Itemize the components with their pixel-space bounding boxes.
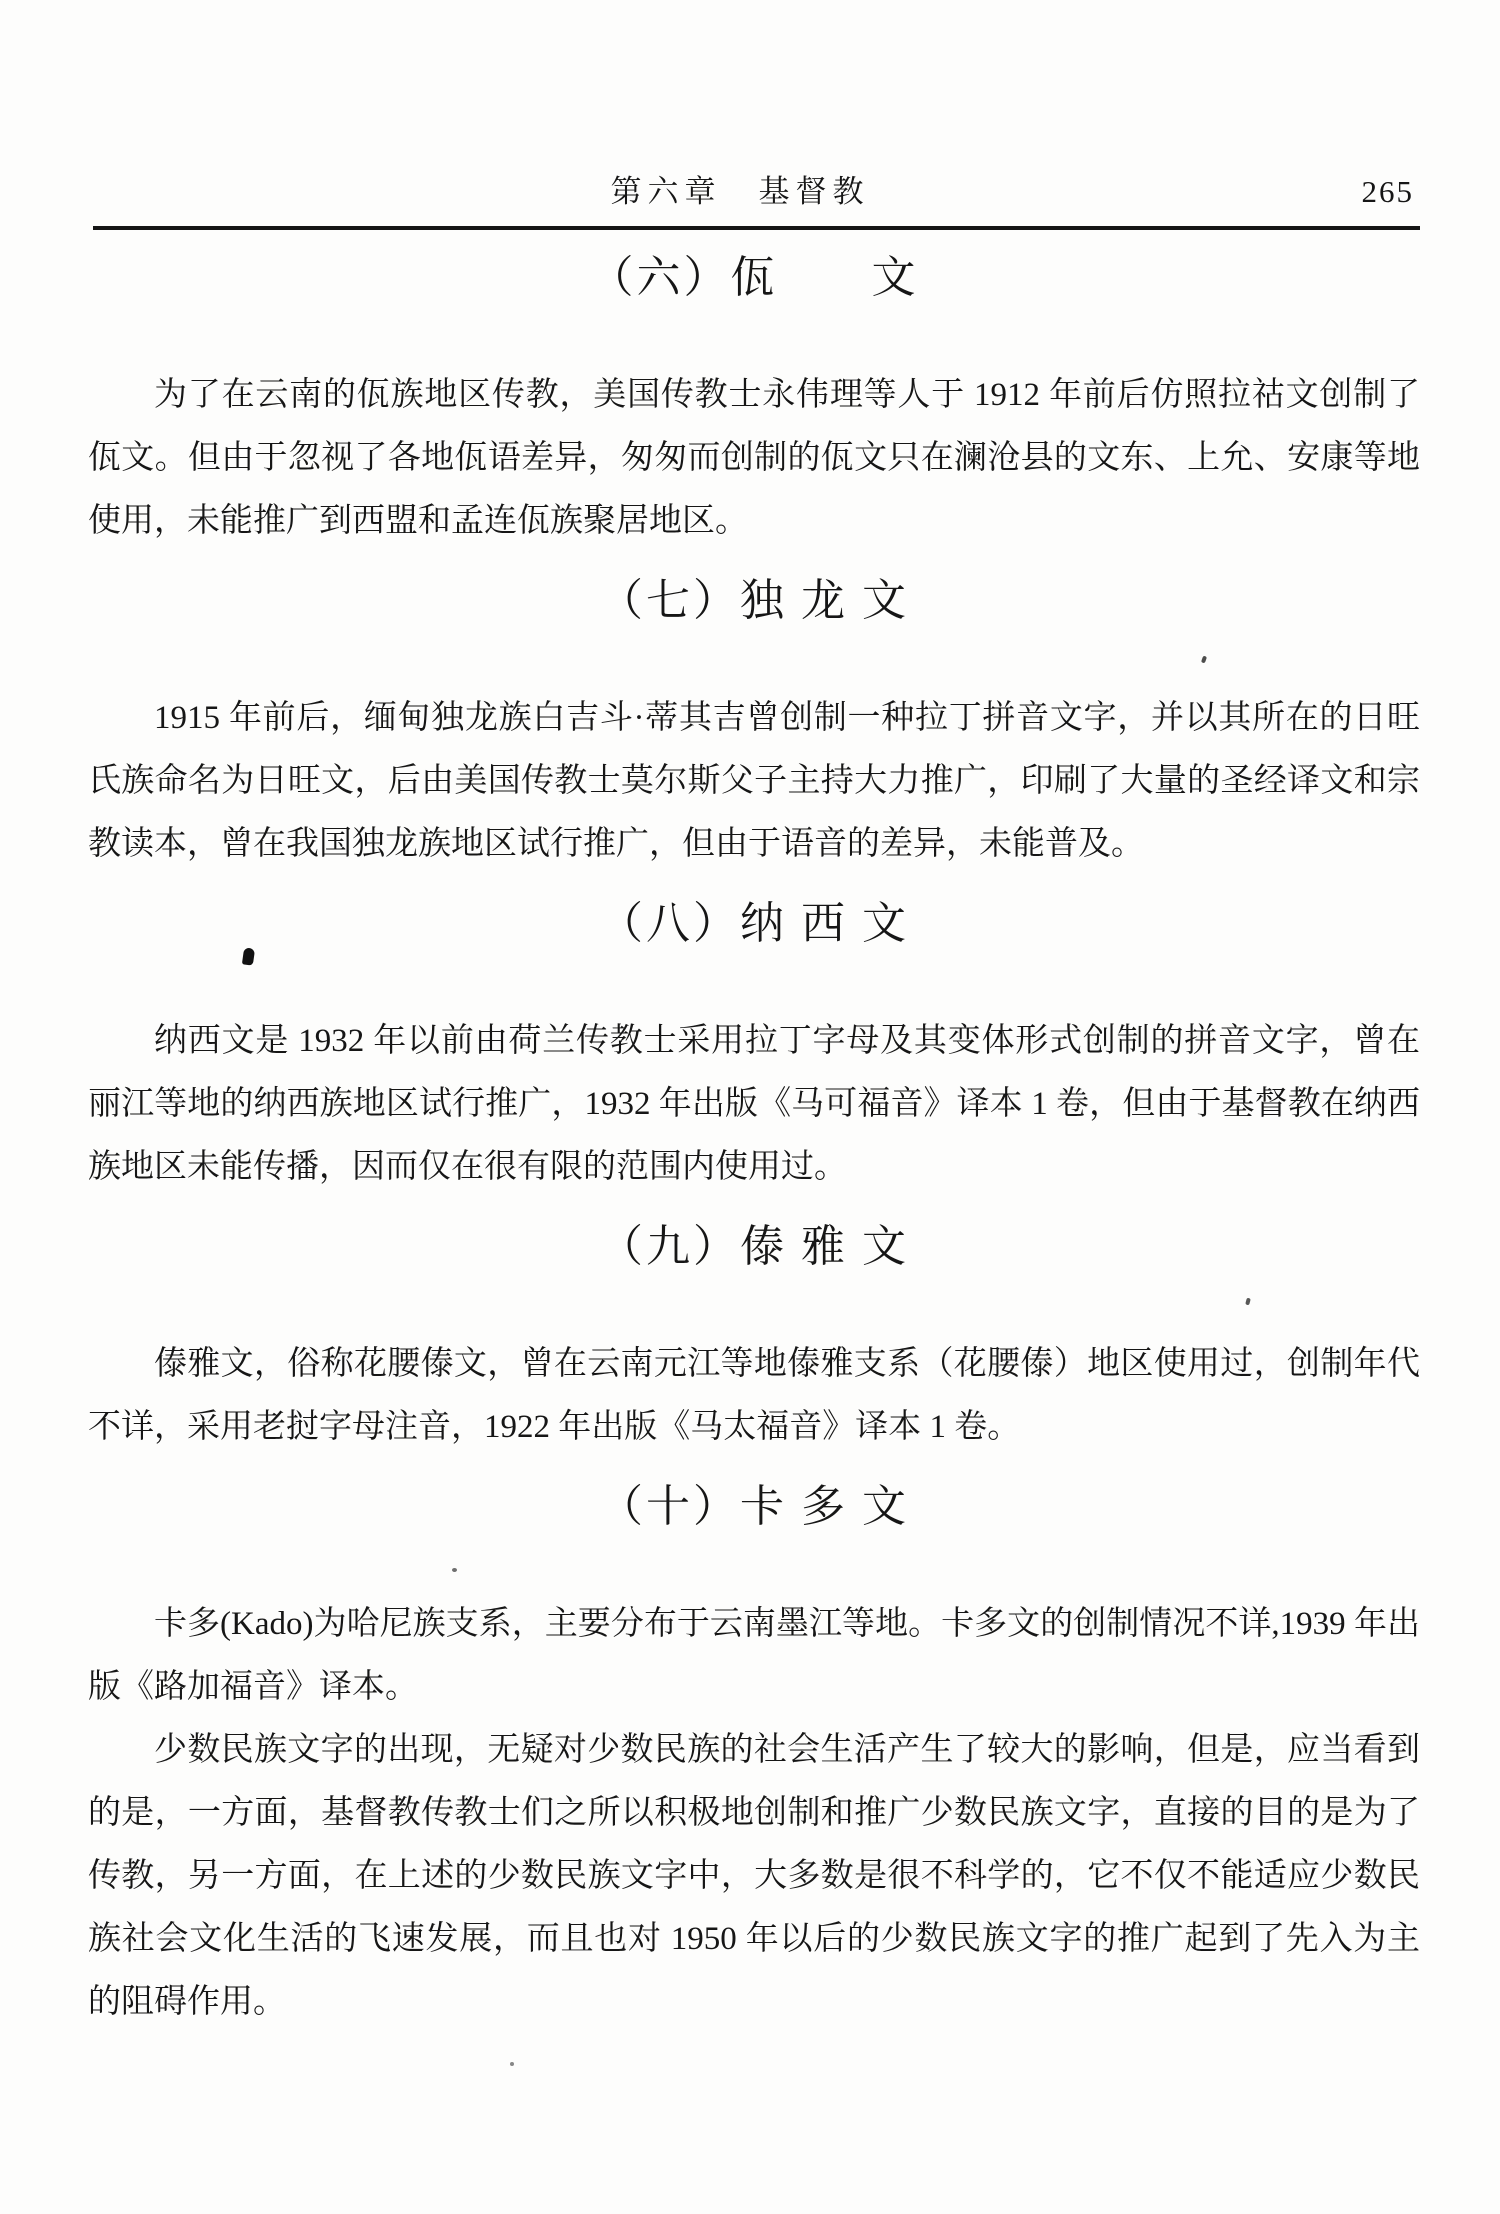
scan-speck-artifact: [452, 1568, 457, 1572]
section-heading-naxi: （八）纳 西 文: [88, 896, 1420, 952]
header-rule: [93, 226, 1420, 230]
paragraph-kado: 卡多(Kado)为哈尼族支系，主要分布于云南墨江等地。卡多文的创制情况不详,19…: [88, 1593, 1420, 1719]
section-heading-wa: （六）佤 文: [88, 250, 1420, 306]
paragraph-conclusion: 少数民族文字的出现，无疑对少数民族的社会生活产生了较大的影响，但是，应当看到的是…: [88, 1719, 1420, 2034]
paragraph-drung: 1915 年前后，缅甸独龙族白吉斗·蒂其吉曾创制一种拉丁拼音文字，并以其所在的日…: [88, 687, 1420, 876]
scan-speck-artifact: [510, 2062, 514, 2066]
book-page: 第六章 基督教 265 （六）佤 文 为了在云南的佤族地区传教，美国传教士永伟理…: [0, 0, 1500, 2214]
section-naxi-script: （八）纳 西 文 纳西文是 1932 年以前由荷兰传教士采用拉丁字母及其变体形式…: [88, 896, 1420, 1199]
section-heading-kado: （十）卡 多 文: [88, 1479, 1420, 1535]
paragraph-naxi: 纳西文是 1932 年以前由荷兰传教士采用拉丁字母及其变体形式创制的拼音文字，曾…: [88, 1010, 1420, 1199]
chapter-title: 第六章 基督教: [74, 172, 1406, 212]
paragraph-wa: 为了在云南的佤族地区传教，美国传教士永伟理等人于 1912 年前后仿照拉祜文创制…: [88, 364, 1420, 553]
section-wa-script: （六）佤 文 为了在云南的佤族地区传教，美国传教士永伟理等人于 1912 年前后…: [88, 250, 1420, 553]
paragraph-taiya: 傣雅文，俗称花腰傣文，曾在云南元江等地傣雅支系（花腰傣）地区使用过，创制年代不详…: [88, 1333, 1420, 1459]
section-heading-drung: （七）独 龙 文: [88, 573, 1420, 629]
page-number: 265: [1362, 172, 1415, 212]
section-heading-taiya: （九）傣 雅 文: [88, 1219, 1420, 1275]
section-drung-script: （七）独 龙 文 1915 年前后，缅甸独龙族白吉斗·蒂其吉曾创制一种拉丁拼音文…: [88, 573, 1420, 876]
section-kado-script: （十）卡 多 文 卡多(Kado)为哈尼族支系，主要分布于云南墨江等地。卡多文的…: [88, 1479, 1420, 2034]
running-header: 第六章 基督教 265: [88, 172, 1420, 212]
section-taiya-script: （九）傣 雅 文 傣雅文，俗称花腰傣文，曾在云南元江等地傣雅支系（花腰傣）地区使…: [88, 1219, 1420, 1459]
